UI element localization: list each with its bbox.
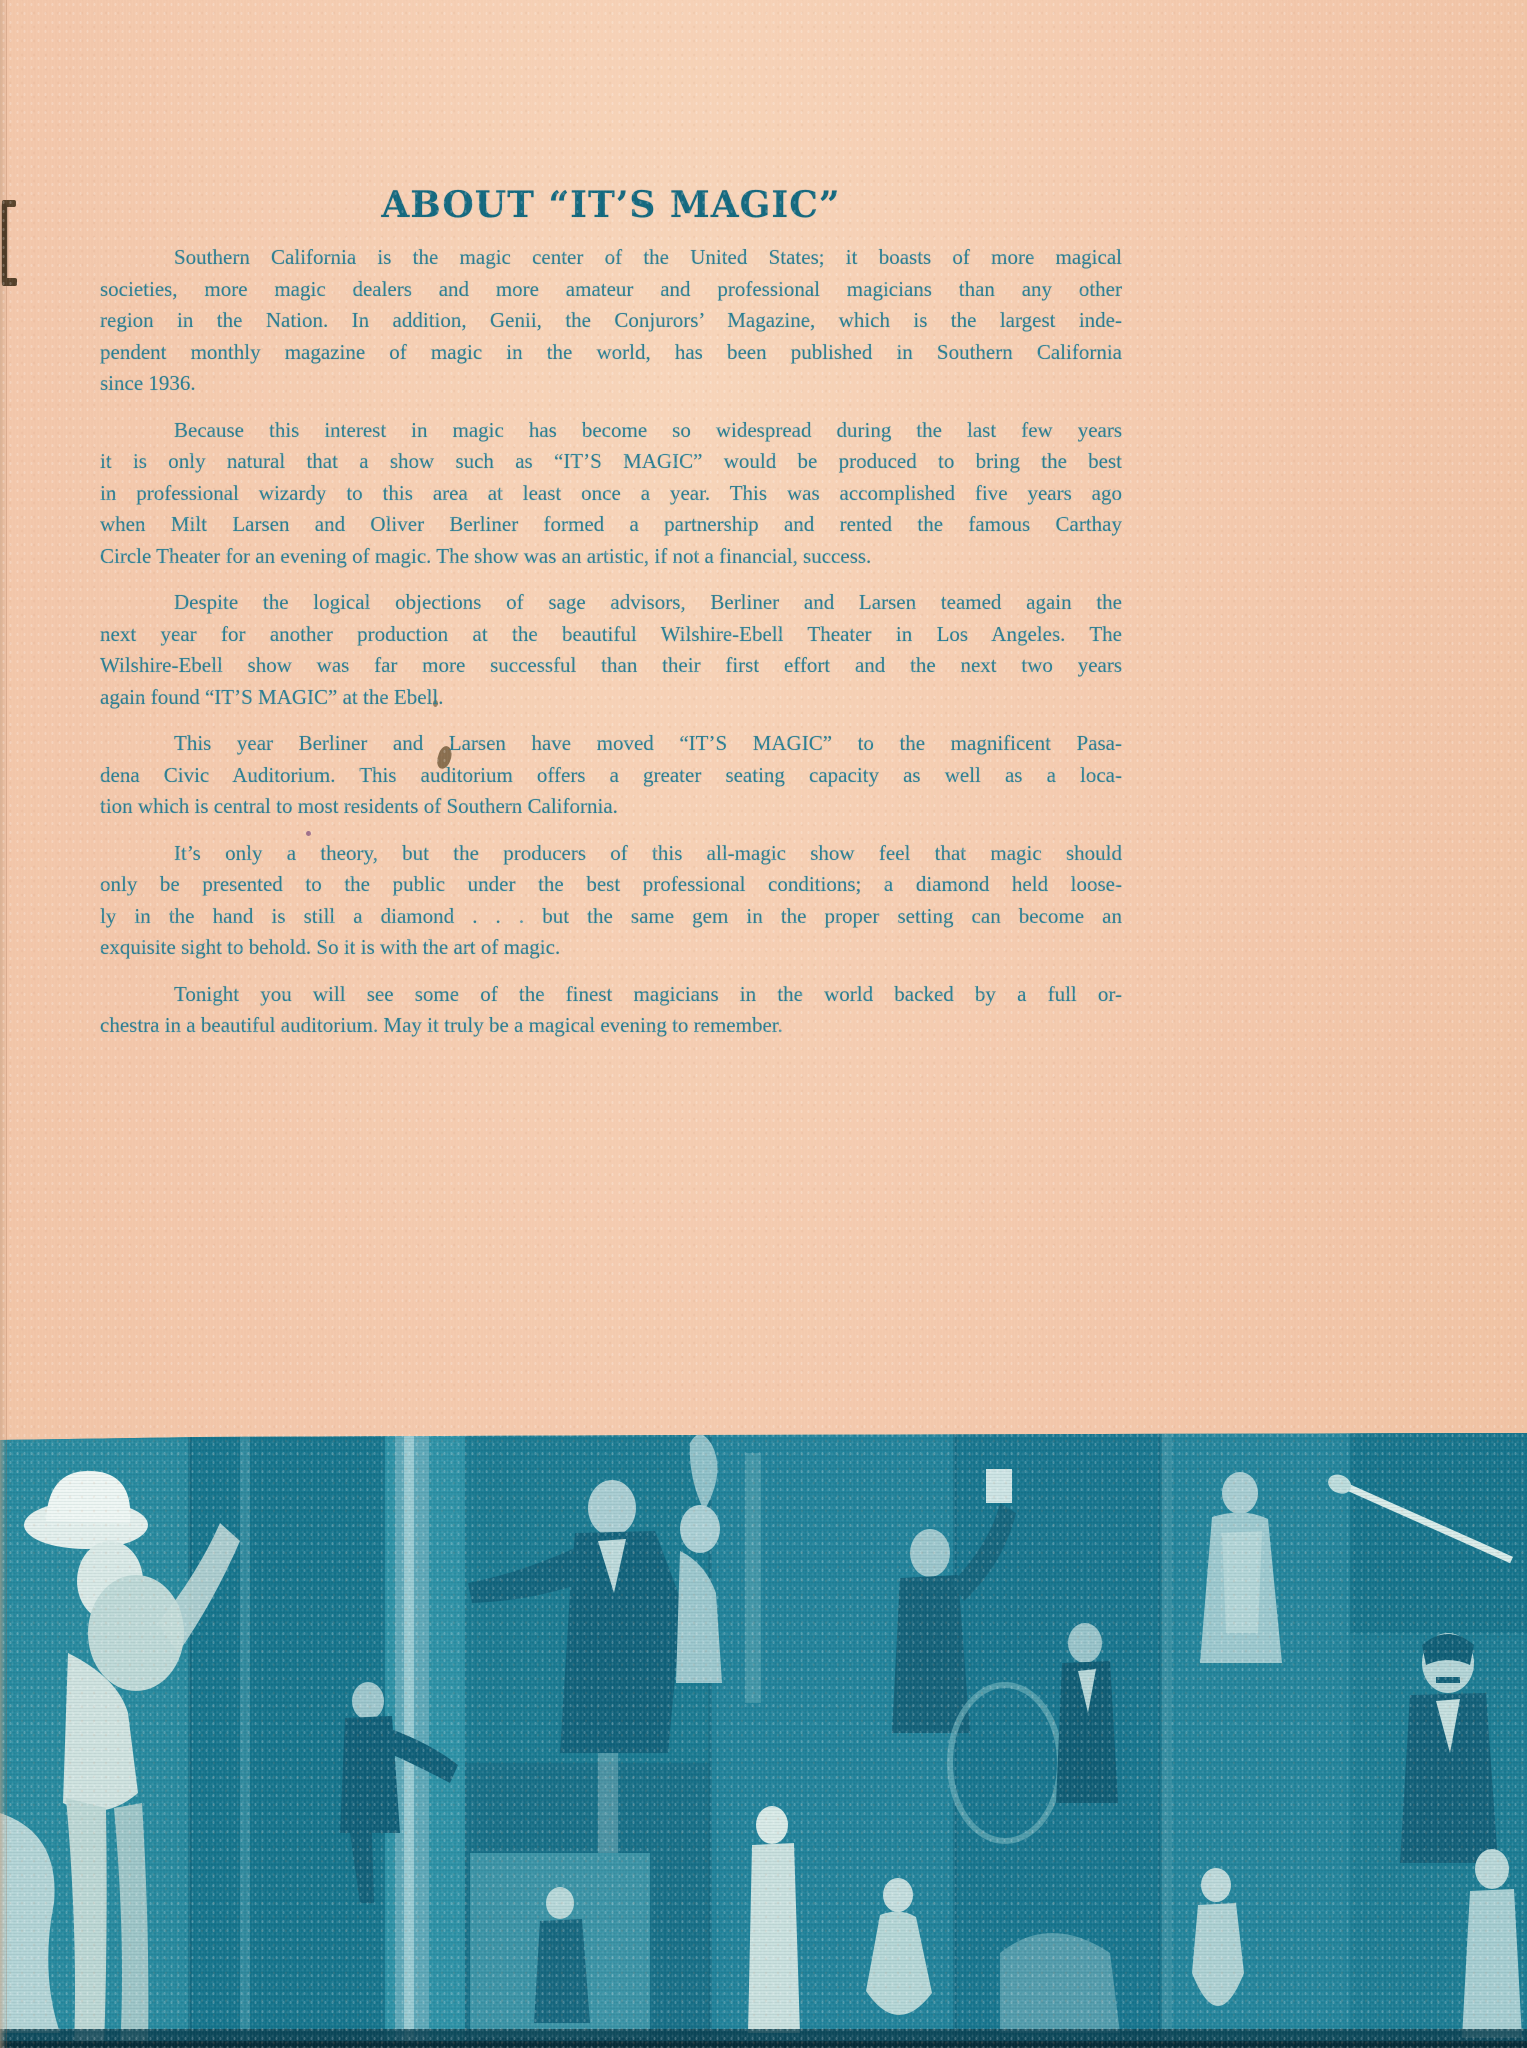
- paragraph: This year Berliner and Larsen have moved…: [100, 728, 1122, 823]
- staple-prong-bottom: [2, 278, 17, 286]
- text-line: pendent monthly magazine of magic in the…: [100, 337, 1122, 369]
- text-line: since 1936.: [100, 368, 1122, 400]
- paragraph: Because this interest in magic has becom…: [100, 415, 1122, 573]
- staple-icon: [0, 200, 16, 290]
- text-line: It’s only a theory, but the producers of…: [100, 838, 1122, 870]
- text-line: when Milt Larsen and Oliver Berliner for…: [100, 509, 1122, 541]
- bottom-shadow-strip: [0, 2029, 1527, 2048]
- page-edge-line: [6, 0, 7, 2048]
- photo-collage: [0, 1433, 1527, 2048]
- body-paragraphs: Southern California is the magic center …: [100, 242, 1122, 1042]
- text-line: Because this interest in magic has becom…: [100, 415, 1122, 447]
- staple-spine: [2, 204, 7, 284]
- text-line: only be presented to the public under th…: [100, 869, 1122, 901]
- paragraph: Despite the logical objections of sage a…: [100, 587, 1122, 713]
- program-page: ABOUT “IT’S MAGIC” Southern California i…: [0, 0, 1527, 2048]
- paragraph: Tonight you will see some of the finest …: [100, 979, 1122, 1042]
- text-line: tion which is central to most residents …: [100, 791, 1122, 823]
- text-line: chestra in a beautiful auditorium. May i…: [100, 1010, 1122, 1042]
- text-line: it is only natural that a show such as “…: [100, 446, 1122, 478]
- paragraph: It’s only a theory, but the producers of…: [100, 838, 1122, 964]
- text-line: Southern California is the magic center …: [100, 242, 1122, 274]
- text-line: next year for another production at the …: [100, 619, 1122, 651]
- text-line: Tonight you will see some of the finest …: [100, 979, 1122, 1011]
- text-line: again found “IT’S MAGIC” at the Ebell.: [100, 682, 1122, 714]
- page-title: ABOUT “IT’S MAGIC”: [100, 184, 1122, 226]
- text-line: societies, more magic dealers and more a…: [100, 274, 1122, 306]
- photo-seated-group: [1000, 1933, 1120, 2033]
- about-its-magic-article: ABOUT “IT’S MAGIC” Southern California i…: [100, 184, 1122, 1057]
- paragraph: Southern California is the magic center …: [100, 242, 1122, 400]
- text-line: Despite the logical objections of sage a…: [100, 587, 1122, 619]
- text-line: This year Berliner and Larsen have moved…: [100, 728, 1122, 760]
- text-line: in professional wizardy to this area at …: [100, 478, 1122, 510]
- photo-collage-graphic: [0, 1433, 1527, 2048]
- text-line: region in the Nation. In addition, Genii…: [100, 305, 1122, 337]
- text-line: Circle Theater for an evening of magic. …: [100, 541, 1122, 573]
- text-line: Wilshire-Ebell show was far more success…: [100, 650, 1122, 682]
- photo-framed-performer: [470, 1853, 650, 2038]
- text-line: ly in the hand is still a diamond . . . …: [100, 901, 1122, 933]
- text-line: dena Civic Auditorium. This auditorium o…: [100, 760, 1122, 792]
- text-line: exquisite sight to behold. So it is with…: [100, 932, 1122, 964]
